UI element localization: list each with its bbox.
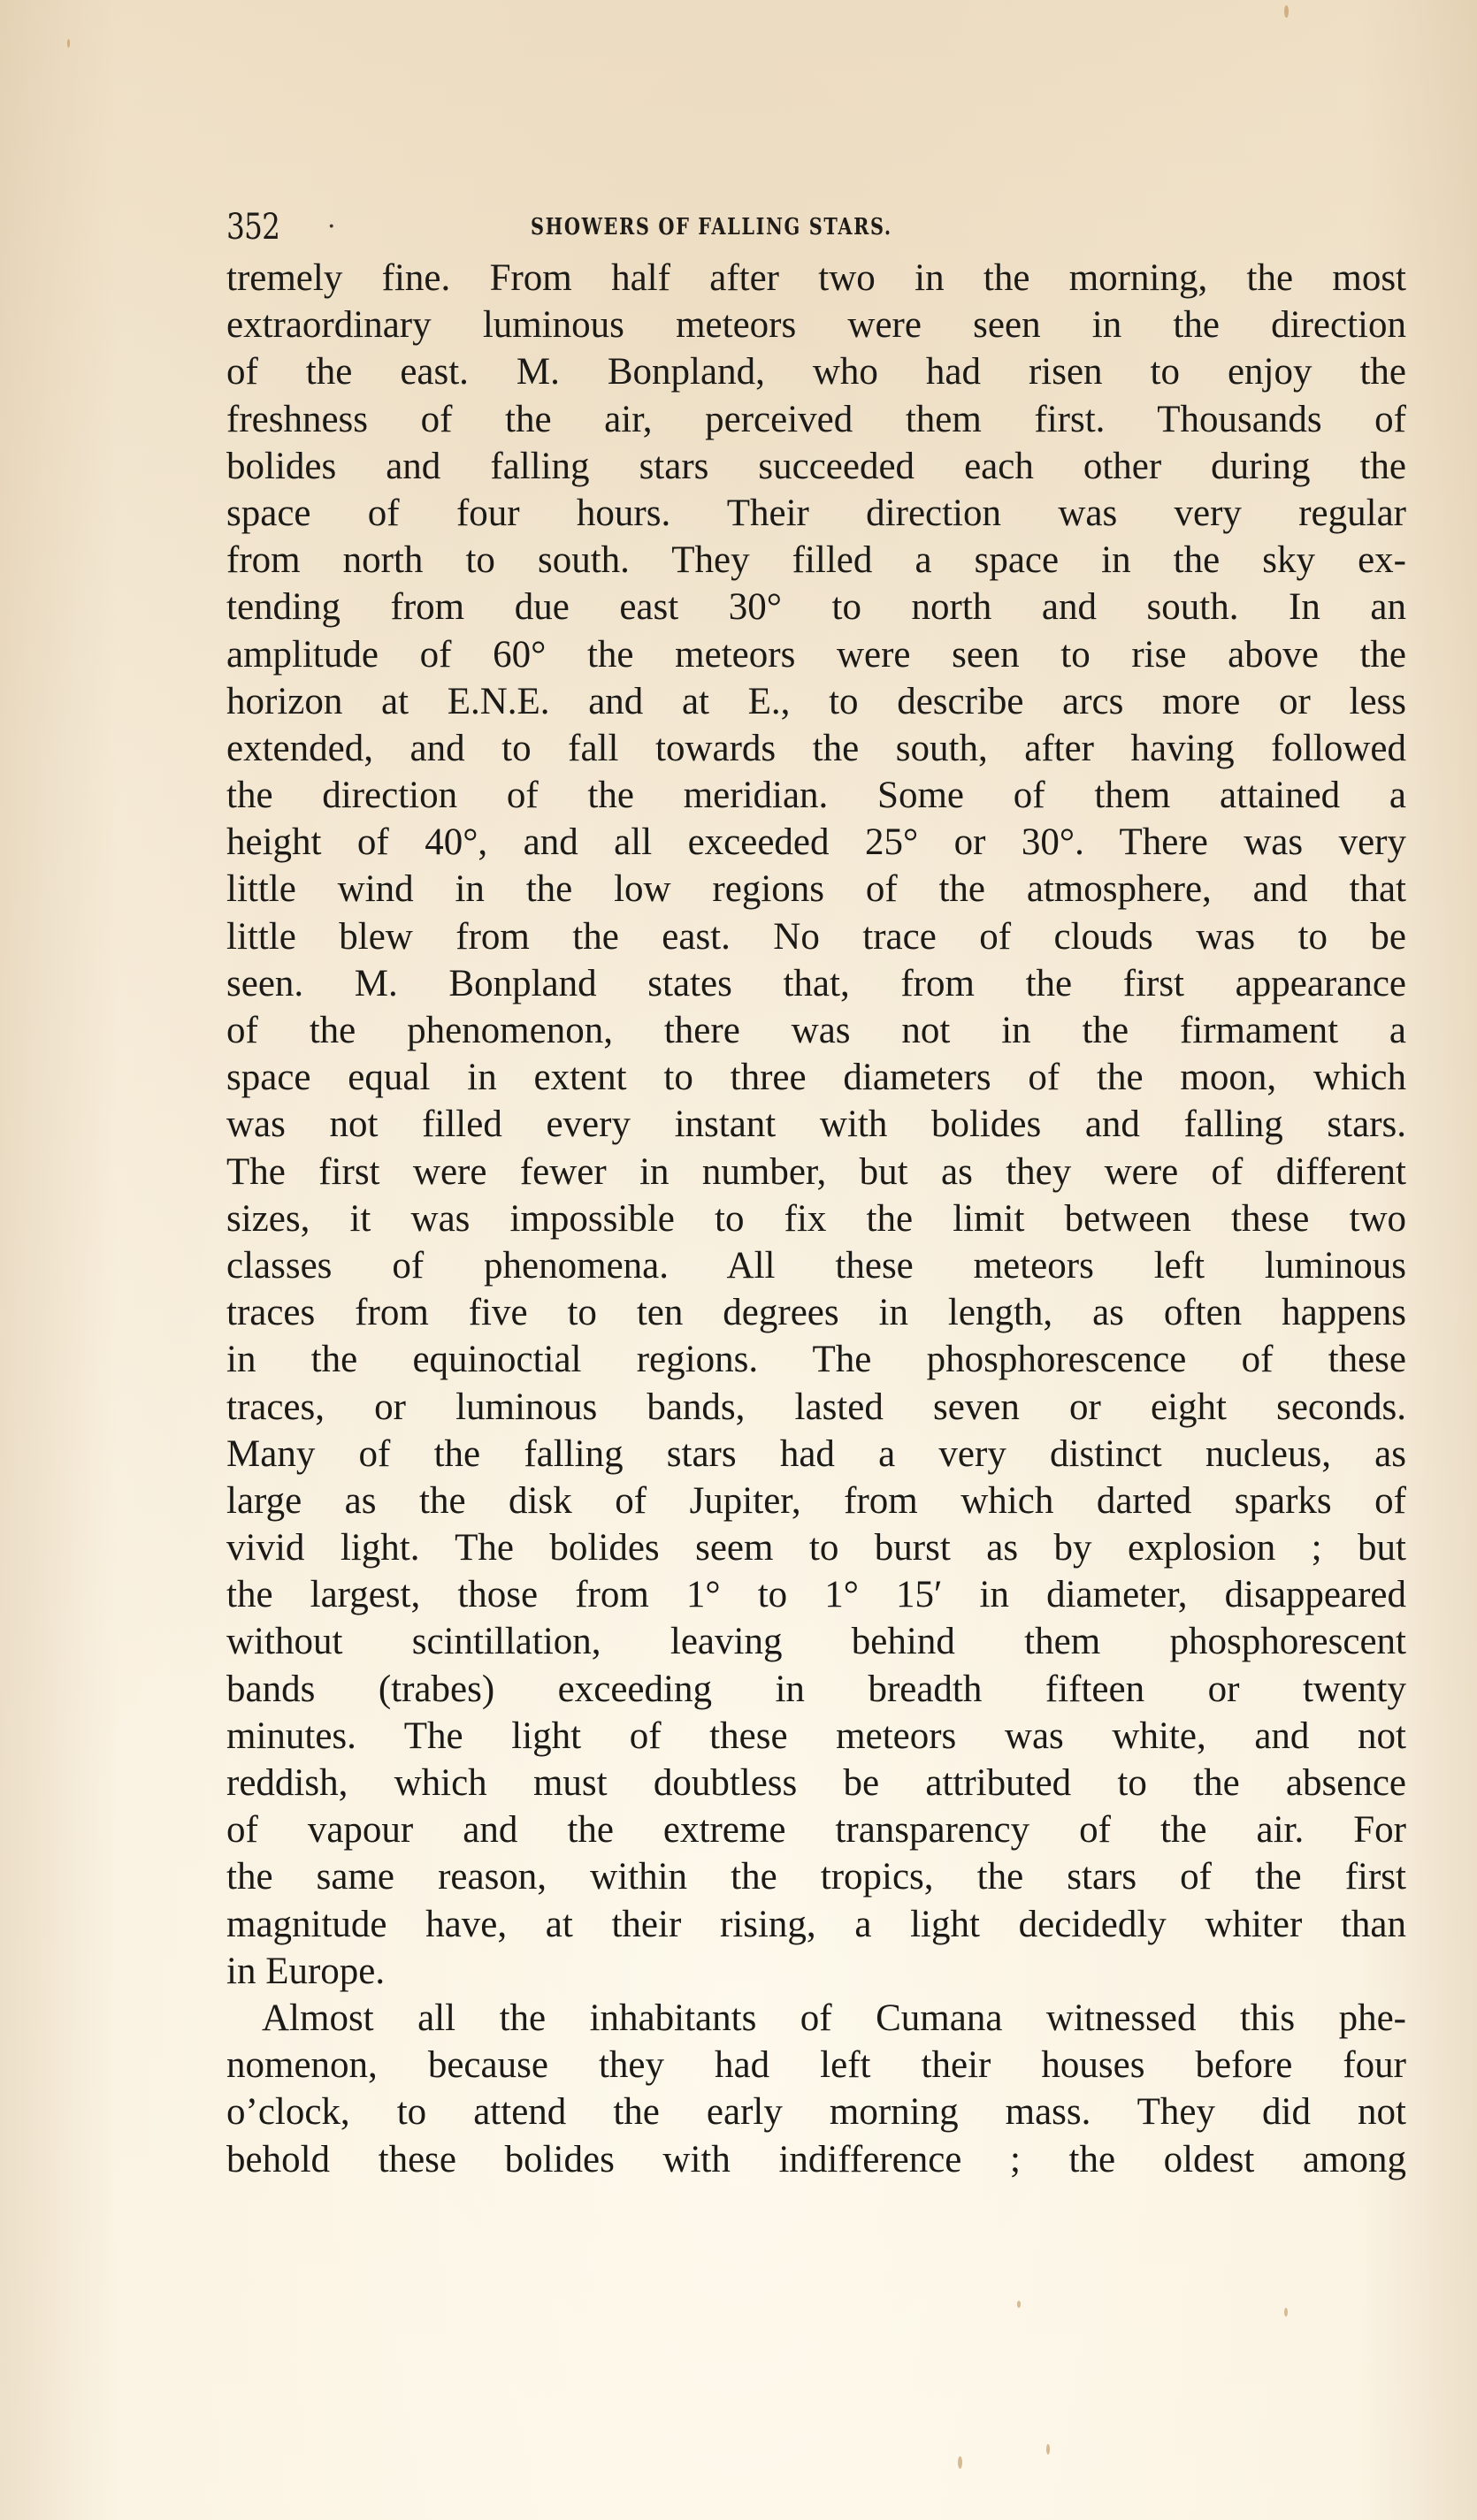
text-line: o’clock, to attend the early morning mas… bbox=[226, 2089, 1406, 2135]
text-line: reddish, which must doubtless be attribu… bbox=[226, 1760, 1406, 1806]
text-line: from north to south. They filled a space… bbox=[226, 537, 1406, 584]
text-line: space of four hours. Their direction was… bbox=[226, 490, 1406, 537]
text-line: nomenon, because they had left their hou… bbox=[226, 2042, 1406, 2089]
text-line: the same reason, within the tropics, the… bbox=[226, 1853, 1406, 1900]
text-line: bands (trabes) exceeding in breadth fift… bbox=[226, 1666, 1406, 1713]
text-line: little blew from the east. No trace of c… bbox=[226, 913, 1406, 960]
text-line: sizes, it was impossible to fix the limi… bbox=[226, 1195, 1406, 1242]
text-line: bolides and falling stars succeeded each… bbox=[226, 443, 1406, 490]
text-line: amplitude of 60° the meteors were seen t… bbox=[226, 631, 1406, 678]
text-line-paragraph-start: Almost all the inhabitants of Cumana wit… bbox=[226, 1995, 1406, 2042]
text-line: extraordinary luminous meteors were seen… bbox=[226, 302, 1406, 348]
text-line: magnitude have, at their rising, a light… bbox=[226, 1901, 1406, 1948]
paper-speck bbox=[958, 2456, 962, 2469]
paper-speck bbox=[1046, 2444, 1050, 2455]
paper-speck bbox=[1284, 5, 1289, 18]
text-line: was not filled every instant with bolide… bbox=[226, 1101, 1406, 1148]
text-line: tending from due east 30° to north and s… bbox=[226, 584, 1406, 630]
body-text: tremely fine. From half after two in the… bbox=[226, 255, 1406, 2183]
text-line: of the phenomenon, there was not in the … bbox=[226, 1007, 1406, 1054]
text-line: Many of the falling stars had a very dis… bbox=[226, 1431, 1406, 1478]
text-line: extended, and to fall towards the south,… bbox=[226, 725, 1406, 772]
text-line: minutes. The light of these meteors was … bbox=[226, 1713, 1406, 1760]
paper-speck bbox=[67, 39, 70, 48]
running-title: SHOWERS OF FALLING STARS. bbox=[531, 205, 892, 249]
text-line: The first were fewer in number, but as t… bbox=[226, 1149, 1406, 1195]
text-line: freshness of the air, perceived them fir… bbox=[226, 396, 1406, 443]
text-line: classes of phenomena. All these meteors … bbox=[226, 1242, 1406, 1289]
running-head: 352 · SHOWERS OF FALLING STARS. bbox=[226, 205, 1406, 249]
book-page: 352 · SHOWERS OF FALLING STARS. tremely … bbox=[0, 0, 1477, 2520]
paper-speck bbox=[1017, 2301, 1021, 2308]
text-line: of vapour and the extreme transparency o… bbox=[226, 1806, 1406, 1853]
running-head-separator: · bbox=[327, 205, 336, 249]
text-line: height of 40°, and all exceeded 25° or 3… bbox=[226, 819, 1406, 866]
paper-speck bbox=[1284, 2308, 1288, 2317]
text-line: the largest, those from 1° to 1° 15′ in … bbox=[226, 1571, 1406, 1618]
text-line: seen. M. Bonpland states that, from the … bbox=[226, 960, 1406, 1007]
text-line: traces from five to ten degrees in lengt… bbox=[226, 1289, 1406, 1336]
text-line: the direction of the meridian. Some of t… bbox=[226, 772, 1406, 819]
text-line: little wind in the low regions of the at… bbox=[226, 866, 1406, 913]
text-line: tremely fine. From half after two in the… bbox=[226, 255, 1406, 302]
text-line: horizon at E.N.E. and at E., to describe… bbox=[226, 678, 1406, 725]
text-line: vivid light. The bolides seem to burst a… bbox=[226, 1524, 1406, 1571]
text-line: in the equinoctial regions. The phosphor… bbox=[226, 1336, 1406, 1383]
text-line-paragraph-end: in Europe. bbox=[226, 1948, 1406, 1995]
text-line: large as the disk of Jupiter, from which… bbox=[226, 1478, 1406, 1524]
page-number: 352 bbox=[226, 205, 279, 249]
text-line: behold these bolides with indifference ;… bbox=[226, 2136, 1406, 2183]
text-line: without scintillation, leaving behind th… bbox=[226, 1618, 1406, 1665]
text-line: of the east. M. Bonpland, who had risen … bbox=[226, 348, 1406, 395]
text-line: space equal in extent to three diameters… bbox=[226, 1054, 1406, 1101]
text-line: traces, or luminous bands, lasted seven … bbox=[226, 1384, 1406, 1431]
